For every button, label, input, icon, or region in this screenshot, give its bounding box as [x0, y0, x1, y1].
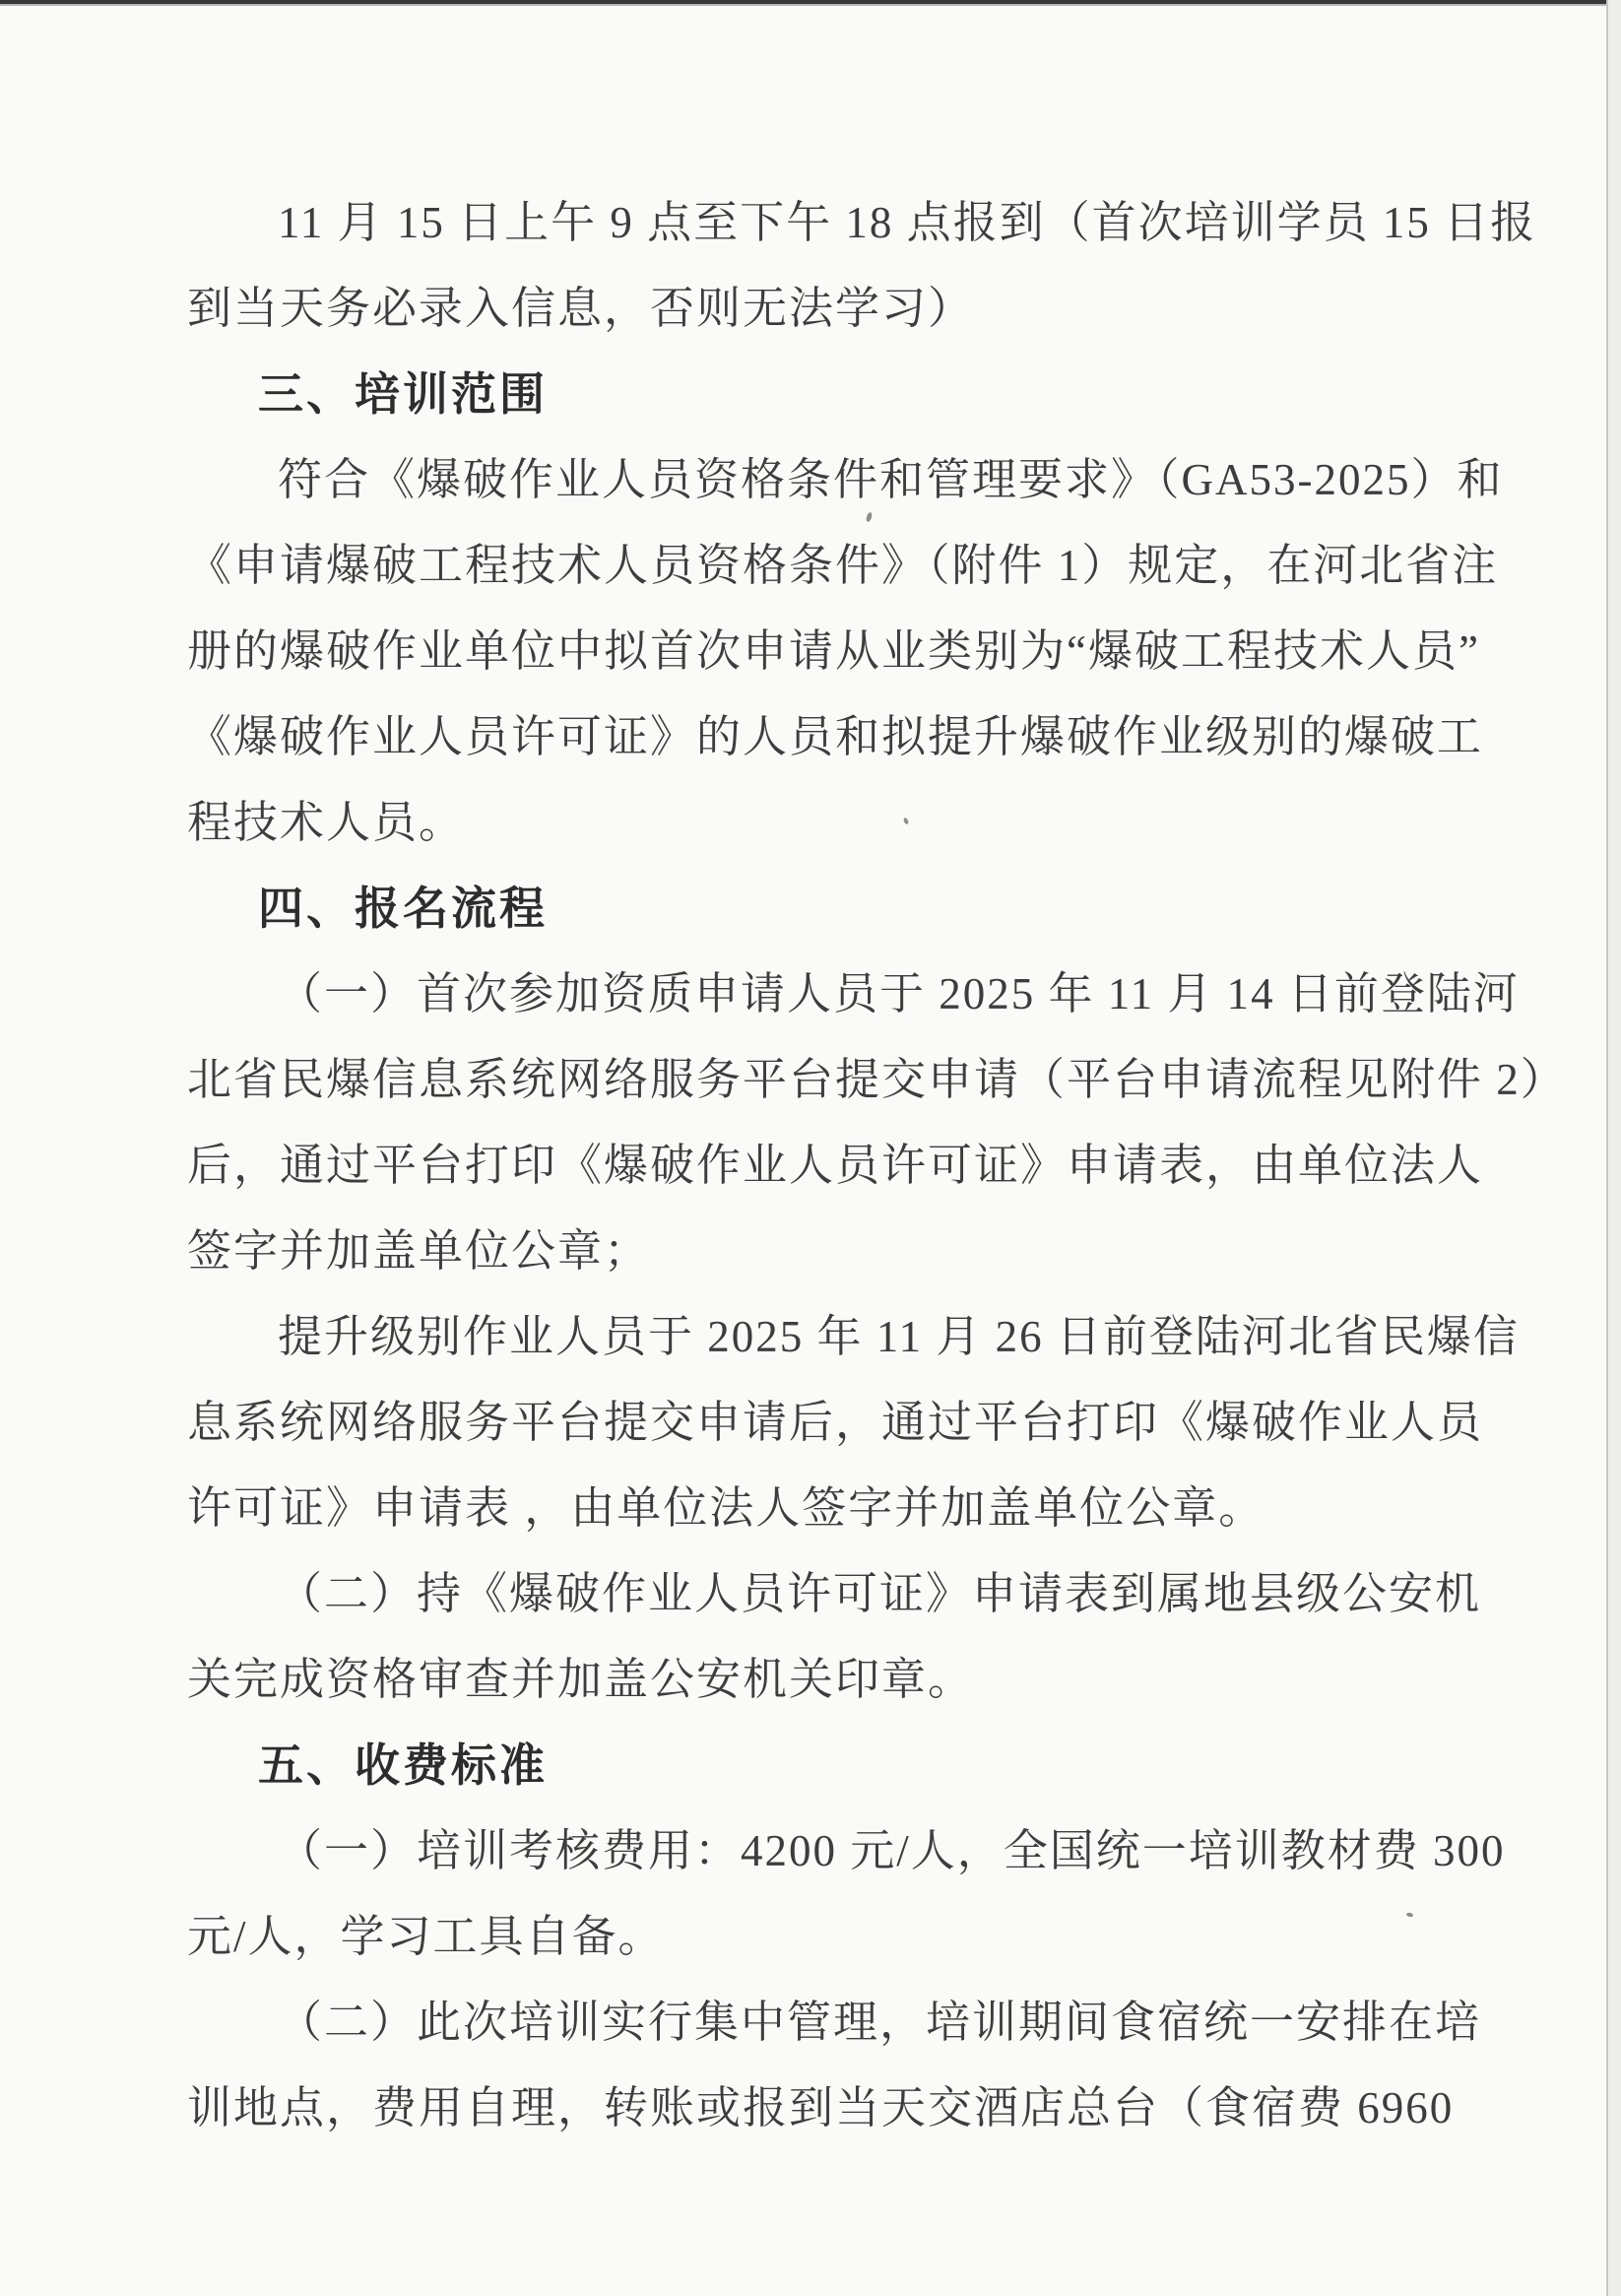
text-line: 许可证》申请表 ，由单位法人签字并加盖单位公章。 [187, 1466, 1566, 1551]
text-line: （一）首次参加资质申请人员于 2025 年 11 月 14 日前登陆河 [187, 951, 1566, 1037]
text-line: 签字并加盖单位公章； [187, 1209, 1566, 1294]
text-line: （二）此次培训实行集中管理，培训期间食宿统一安排在培 [187, 1980, 1566, 2066]
text-line: 《申请爆破工程技术人员资格条件》（附件 1）规定，在河北省注 [187, 523, 1566, 609]
section-heading-training-scope: 三、培训范围 [187, 352, 1566, 437]
scan-top-edge-shadow [0, 4, 1621, 6]
document-body: 11 月 15 日上午 9 点至下午 18 点报到（首次培训学员 15 日报 到… [187, 180, 1566, 2151]
text-line: 提升级别作业人员于 2025 年 11 月 26 日前登陆河北省民爆信 [187, 1294, 1566, 1380]
text-line: 元/人，学习工具自备。 [187, 1894, 1566, 1980]
text-line: 《爆破作业人员许可证》的人员和拟提升爆破作业级别的爆破工 [187, 694, 1566, 780]
section-heading-registration-process: 四、报名流程 [187, 866, 1566, 951]
section-heading-fee-standard: 五、收费标准 [187, 1723, 1566, 1808]
text-line: 息系统网络服务平台提交申请后，通过平台打印《爆破作业人员 [187, 1380, 1566, 1466]
text-line: 符合《爆破作业人员资格条件和管理要求》（GA53-2025）和 [187, 437, 1566, 523]
text-line: 册的爆破作业单位中拟首次申请从业类别为“爆破工程技术人员” [187, 609, 1566, 694]
text-line: 后，通过平台打印《爆破作业人员许可证》申请表，由单位法人 [187, 1123, 1566, 1209]
text-line: 关完成资格审查并加盖公安机关印章。 [187, 1637, 1566, 1723]
text-line: （一）培训考核费用：4200 元/人，全国统一培训教材费 300 [187, 1808, 1566, 1894]
text-line: 北省民爆信息系统网络服务平台提交申请（平台申请流程见附件 2） [187, 1037, 1566, 1123]
scanned-document-page: { "page": { "paper_color": "#fafaf8", "i… [0, 0, 1621, 2296]
text-line: 到当天务必录入信息，否则无法学习） [187, 266, 1566, 352]
text-line: 训地点，费用自理，转账或报到当天交酒店总台（食宿费 6960 [187, 2066, 1566, 2151]
scan-right-page-edge [1608, 0, 1621, 2296]
scan-edge-line [1606, 0, 1608, 2296]
text-line: （二）持《爆破作业人员许可证》申请表到属地县级公安机 [187, 1551, 1566, 1637]
text-line: 程技术人员。 [187, 780, 1566, 866]
text-line: 11 月 15 日上午 9 点至下午 18 点报到（首次培训学员 15 日报 [187, 180, 1566, 266]
